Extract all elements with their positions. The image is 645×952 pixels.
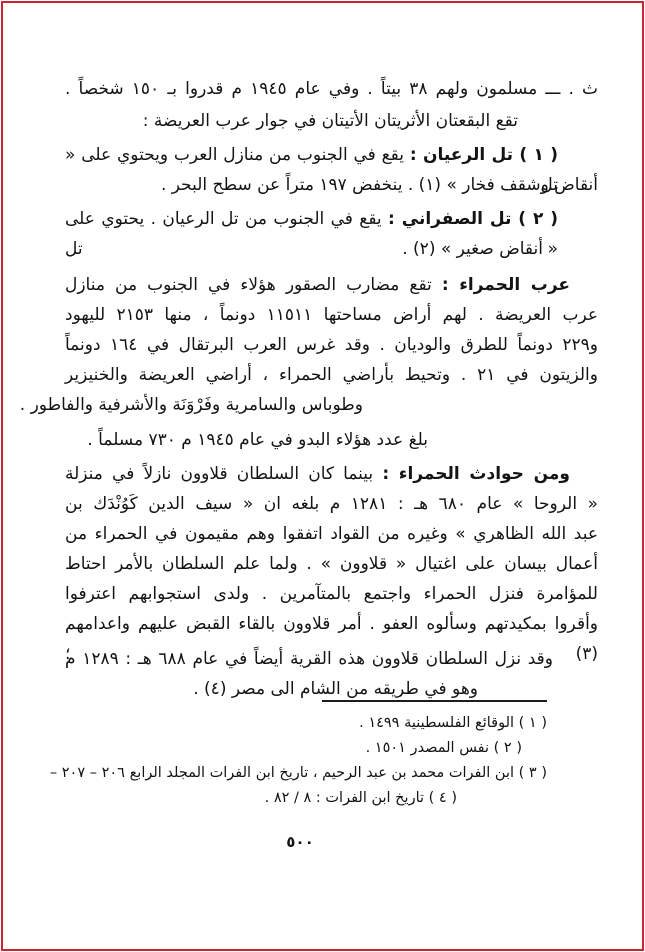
footnote-text: ( ٤ ) تاريخ ابن الفرات : ٨ / ٨٢ .	[265, 790, 457, 806]
footnote: ( ١ ) الوقائع الفلسطينية ١٤٩٩ .	[65, 711, 547, 736]
bold-lead: ومن حوادث الحمراء :	[382, 464, 570, 484]
line-text: للمؤامرة فنزل الحمراء واجتمع بالمتآمرين …	[65, 584, 598, 604]
footnote-text: ( ٣ ) ابن الفرات محمد بن عبد الرحيم ، تا…	[50, 765, 547, 781]
line-text: وهو في طريقه من الشام الى مصر (٤) .	[193, 679, 478, 699]
text-line: عبد الله الظاهري » وغيره من القواد اتفقو…	[65, 519, 598, 549]
text-line: والزيتون في ٢١ . وتحيط بأراضي الحمراء ، …	[65, 360, 598, 390]
text-line: بلغ عدد هؤلاء البدو في عام ١٩٤٥ م ٧٣٠ مس…	[65, 425, 598, 455]
line-text: و٢٢٩ دونماً للطرق والوديان . وقد غرس الع…	[65, 335, 598, 355]
line-text: تقع مضارب الصقور هؤلاء في الجنوب من مناز…	[65, 275, 442, 295]
line-text: وطوباس والسامرية وفَرْوَنَة والأشرفية وا…	[20, 395, 363, 415]
bold-lead: ( ١ ) تل الرعيان :	[410, 145, 558, 165]
text-line: عرب الحمراء : تقع مضارب الصقور هؤلاء في …	[65, 270, 598, 300]
line-text: بلغ عدد هؤلاء البدو في عام ١٩٤٥ م ٧٣٠ مس…	[87, 430, 428, 450]
text-line: أنقاض وشقف فخار » (١) . ينخفض ١٩٧ متراً …	[65, 170, 598, 200]
text-line: « الروحا » عام ٦٨٠ هـ : ١٢٨١ م بلغه ان «…	[65, 489, 598, 519]
text-line: عرب العريضة . لهم أراض مساحتها ١١٥١١ دون…	[65, 300, 598, 330]
text-line: و٢٢٩ دونماً للطرق والوديان . وقد غرس الع…	[65, 330, 598, 360]
line-text: « الروحا » عام ٦٨٠ هـ : ١٢٨١ م بلغه ان «…	[65, 494, 598, 514]
book-page: ث . ـــ مسلمون ولهم ٣٨ بيتاً . وفي عام ١…	[0, 0, 645, 952]
line-text: ث . ـــ مسلمون ولهم ٣٨ بيتاً . وفي عام ١…	[65, 79, 598, 99]
text-line: ومن حوادث الحمراء : بينما كان السلطان قل…	[65, 459, 598, 489]
text-line: تقع البقعتان الأثريتان الأتيتان في جوار …	[65, 106, 598, 136]
line-text: وقد نزل السلطان قلاوون هذه القرية أيضاً …	[65, 649, 553, 669]
line-text: عبد الله الظاهري » وغيره من القواد اتفقو…	[65, 524, 598, 544]
footnote-text: ( ١ ) الوقائع الفلسطينية ١٤٩٩ .	[359, 715, 547, 731]
text-line: وأقروا بمكيدتهم وسألوه العفو . أمر قلاوو…	[65, 609, 598, 639]
line-text: أعمال بيسان على اغتيال « قلاوون » . ولما…	[65, 554, 598, 574]
text-line: ث . ـــ مسلمون ولهم ٣٨ بيتاً . وفي عام ١…	[65, 74, 598, 104]
text-line: وقد نزل السلطان قلاوون هذه القرية أيضاً …	[65, 644, 598, 674]
line-text: تقع البقعتان الأثريتان الأتيتان في جوار …	[143, 111, 518, 131]
footnote-divider	[322, 700, 547, 702]
bold-lead: عرب الحمراء :	[442, 275, 570, 295]
line-text: أنقاض وشقف فخار » (١) . ينخفض ١٩٧ متراً …	[161, 175, 598, 195]
text-line: أعمال بيسان على اغتيال « قلاوون » . ولما…	[65, 549, 598, 579]
text-line: ( ٢ ) تل الصفراني : يقع في الجنوب من تل …	[65, 204, 598, 234]
line-text: والزيتون في ٢١ . وتحيط بأراضي الحمراء ، …	[65, 365, 598, 385]
body-text: ث . ـــ مسلمون ولهم ٣٨ بيتاً . وفي عام ١…	[65, 74, 598, 704]
page-number: ٥٠٠	[0, 833, 600, 851]
footnote-text: ( ٢ ) نفس المصدر ١٥٠١ .	[366, 740, 522, 756]
line-text: بينما كان السلطان قلاوون نازلاً في منزلة	[65, 464, 382, 484]
footnote: ( ٤ ) تاريخ ابن الفرات : ٨ / ٨٢ .	[65, 786, 547, 811]
text-line: وطوباس والسامرية وفَرْوَنَة والأشرفية وا…	[65, 390, 598, 420]
footnotes-block: ( ١ ) الوقائع الفلسطينية ١٤٩٩ . ( ٢ ) نف…	[65, 700, 547, 811]
text-line: للمؤامرة فنزل الحمراء واجتمع بالمتآمرين …	[65, 579, 598, 609]
footnote: ( ٢ ) نفس المصدر ١٥٠١ .	[65, 736, 547, 761]
line-text: عرب العريضة . لهم أراض مساحتها ١١٥١١ دون…	[65, 305, 598, 325]
line-text: أنقاض صغير » (٢) .	[402, 239, 543, 259]
footnote: ( ٣ ) ابن الفرات محمد بن عبد الرحيم ، تا…	[65, 761, 547, 786]
bold-lead: ( ٢ ) تل الصفراني :	[388, 209, 558, 229]
text-line: ( ١ ) تل الرعيان : يقع في الجنوب من مناز…	[65, 140, 598, 170]
